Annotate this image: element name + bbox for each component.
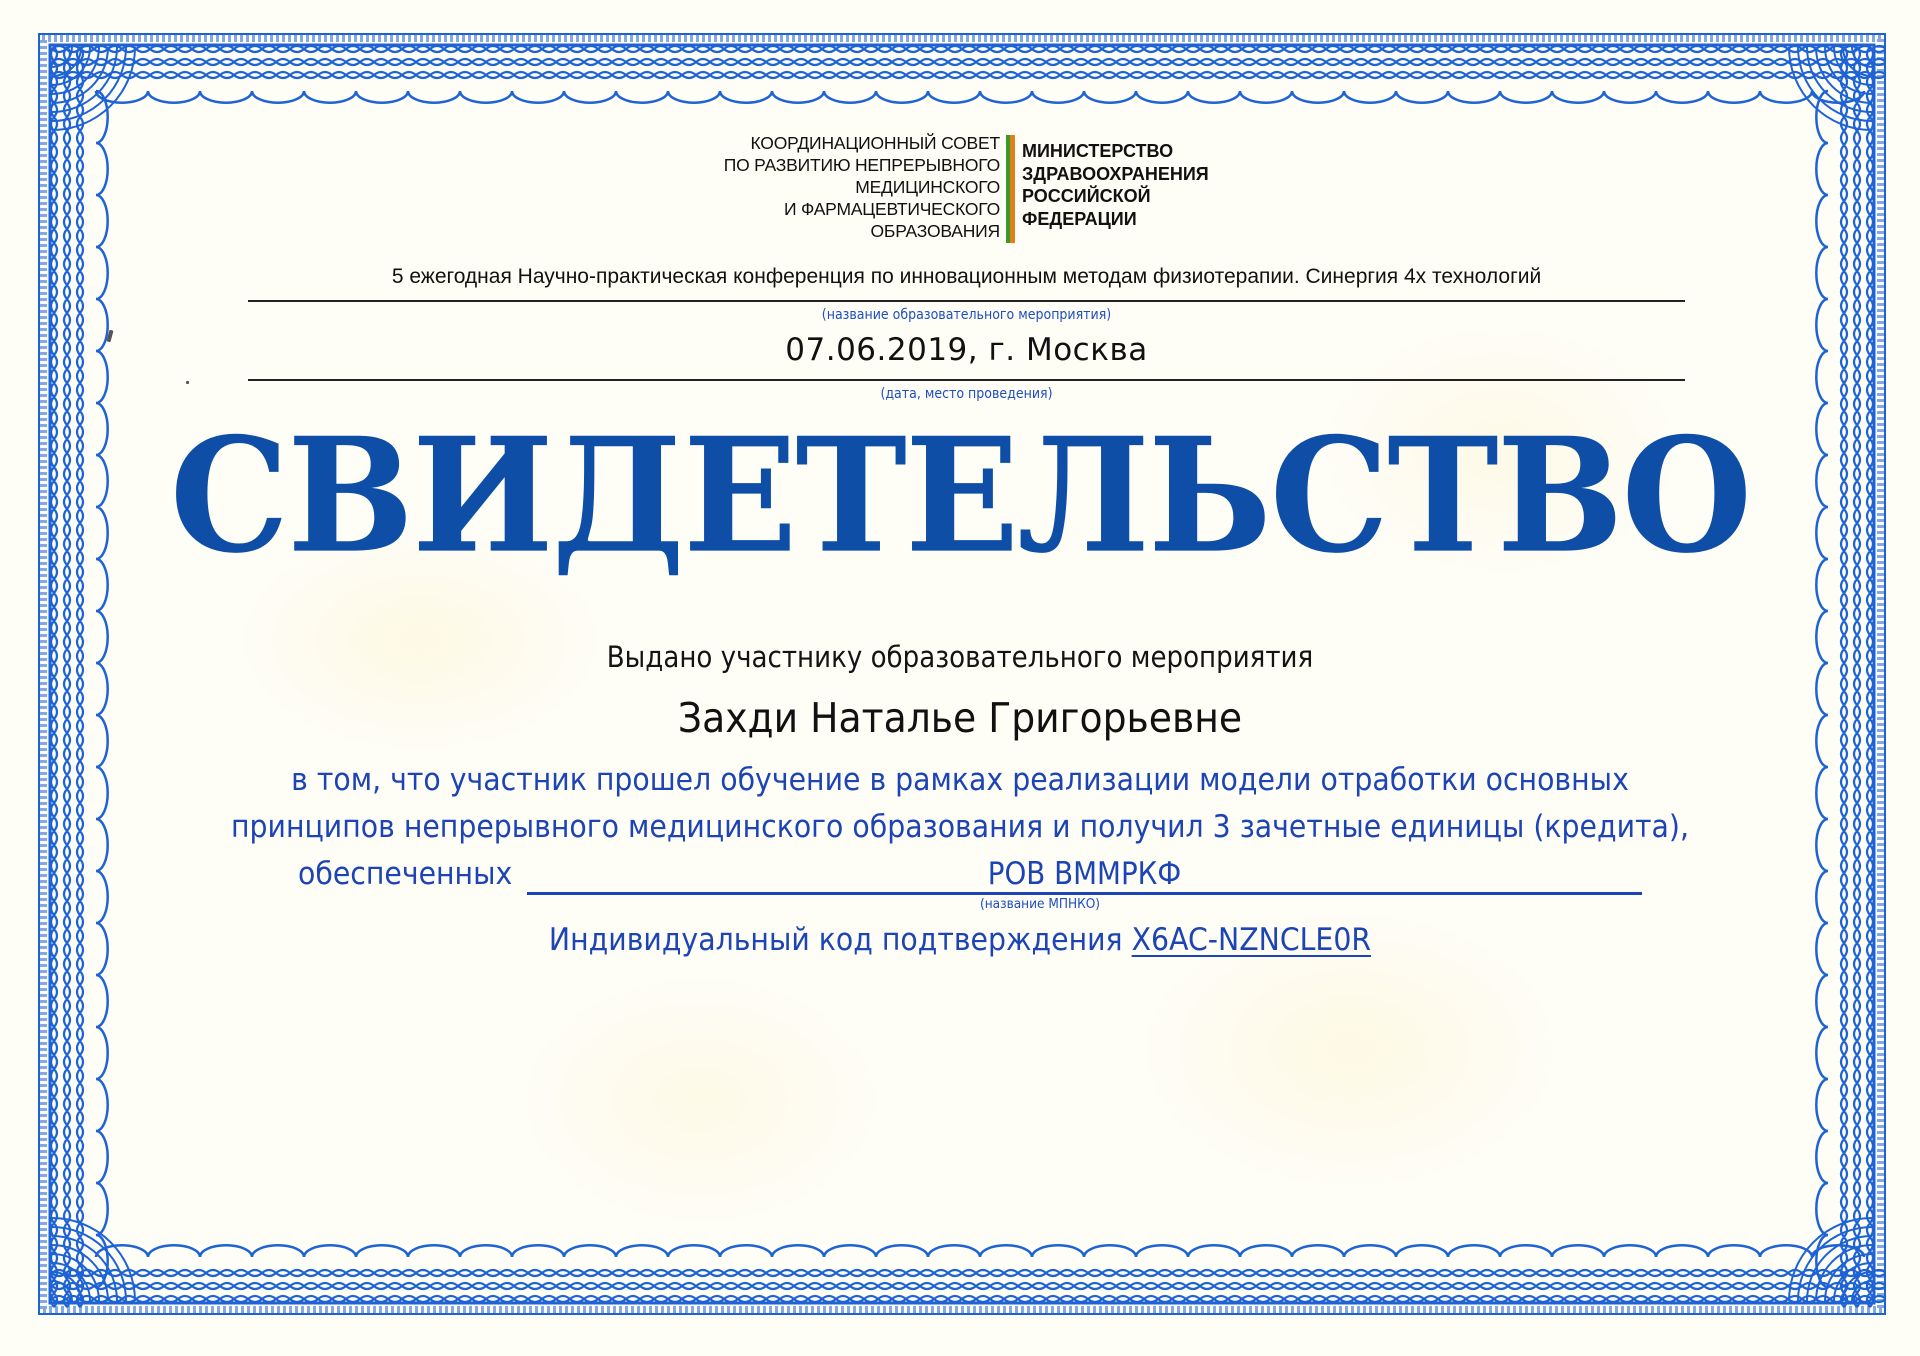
certificate-title: СВИДЕТЕЛЬСТВО <box>0 404 1920 589</box>
logo-left-line: МЕДИЦИНСКОГО <box>724 176 1000 198</box>
logo-right-line: РОССИЙСКОЙ <box>1022 185 1209 208</box>
logo-left-line: И ФАРМАЦЕВТИЧЕСКОГО <box>724 198 1000 220</box>
scan-speck <box>107 330 114 343</box>
event-title: 5 ежегодная Научно-практическая конферен… <box>248 265 1685 289</box>
confirmation-code: X6AC-NZNCLE0R <box>1132 922 1371 958</box>
scan-speck <box>186 381 189 384</box>
logo-left-line: КООРДИНАЦИОННЫЙ СОВЕТ <box>724 132 1000 154</box>
coordination-council-logo-text: КООРДИНАЦИОННЫЙ СОВЕТ ПО РАЗВИТИЮ НЕПРЕР… <box>724 132 1000 242</box>
certificate-content: КООРДИНАЦИОННЫЙ СОВЕТ ПО РАЗВИТИЮ НЕПРЕР… <box>0 0 1920 1356</box>
logo-right-line: ЗДРАВООХРАНЕНИЯ <box>1022 163 1209 186</box>
recipient-name: Захди Наталье Григорьевне <box>77 694 1843 742</box>
provider-underline <box>527 892 1642 895</box>
provider-caption: (название МПНКО) <box>940 896 1140 912</box>
logo-right-line: ФЕДЕРАЦИИ <box>1022 208 1209 231</box>
body-text-line: в том, что участник прошел обучение в ра… <box>96 762 1824 798</box>
logo-divider-bar <box>1006 135 1015 243</box>
confirmation-code-line: Индивидуальный код подтверждения X6AC-NZ… <box>96 922 1824 958</box>
ministry-logo-text: МИНИСТЕРСТВО ЗДРАВООХРАНЕНИЯ РОССИЙСКОЙ … <box>1022 140 1209 230</box>
date-place-rule <box>248 379 1685 381</box>
date-place-caption: (дата, место проведения) <box>248 386 1685 402</box>
provider-name: РОВ ВММРКФ <box>594 856 1575 892</box>
confirmation-label: Индивидуальный код подтверждения <box>549 922 1123 958</box>
logo-left-line: ОБРАЗОВАНИЯ <box>724 220 1000 242</box>
date-place: 07.06.2019, г. Москва <box>248 332 1685 368</box>
event-title-rule <box>248 300 1685 302</box>
logo-right-line: МИНИСТЕРСТВО <box>1022 140 1209 163</box>
event-title-caption: (название образовательного мероприятия) <box>248 307 1685 323</box>
issued-to-label: Выдано участнику образовательного меропр… <box>96 640 1824 674</box>
logo-left-line: ПО РАЗВИТИЮ НЕПРЕРЫВНОГО <box>724 154 1000 176</box>
provided-by-label: обеспеченных <box>298 856 512 892</box>
body-text-line: принципов непрерывного медицинского обра… <box>96 809 1824 845</box>
